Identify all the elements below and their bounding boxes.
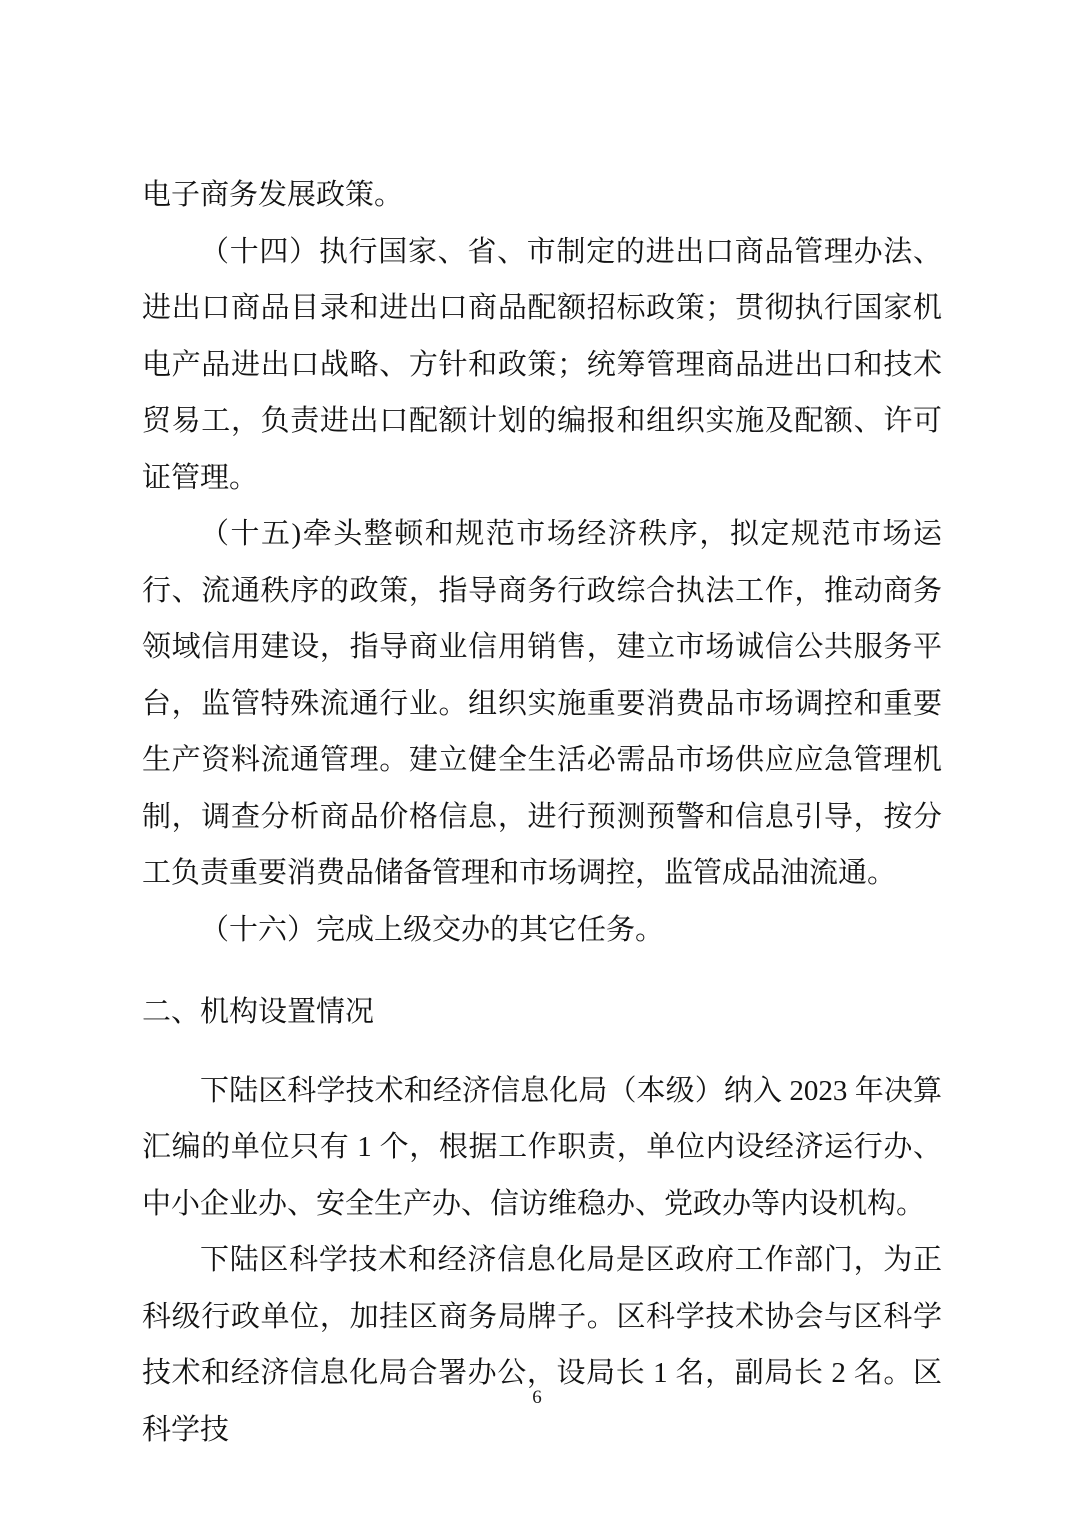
paragraph: 下陆区科学技术和经济信息化局（本级）纳入 2023 年决算汇编的单位只有 1 个… [142,1063,942,1233]
document-page: 电子商务发展政策。（十四）执行国家、省、市制定的进出口商品管理办法、进出口商品目… [0,0,1074,1520]
paragraph: （十六）完成上级交办的其它任务。 [142,902,942,959]
paragraph: （十四）执行国家、省、市制定的进出口商品管理办法、进出口商品目录和进出口商品配额… [142,224,942,507]
paragraph: （十五)牵头整顿和规范市场经济秩序，拟定规范市场运行、流通秩序的政策，指导商务行… [142,506,942,902]
paragraph: 下陆区科学技术和经济信息化局是区政府工作部门，为正科级行政单位，加挂区商务局牌子… [142,1232,942,1458]
paragraph: 电子商务发展政策。 [142,167,942,224]
page-number: 6 [0,1386,1074,1410]
section-heading: 二、机构设置情况 [142,984,942,1041]
document-text-block: 电子商务发展政策。（十四）执行国家、省、市制定的进出口商品管理办法、进出口商品目… [142,167,942,1458]
